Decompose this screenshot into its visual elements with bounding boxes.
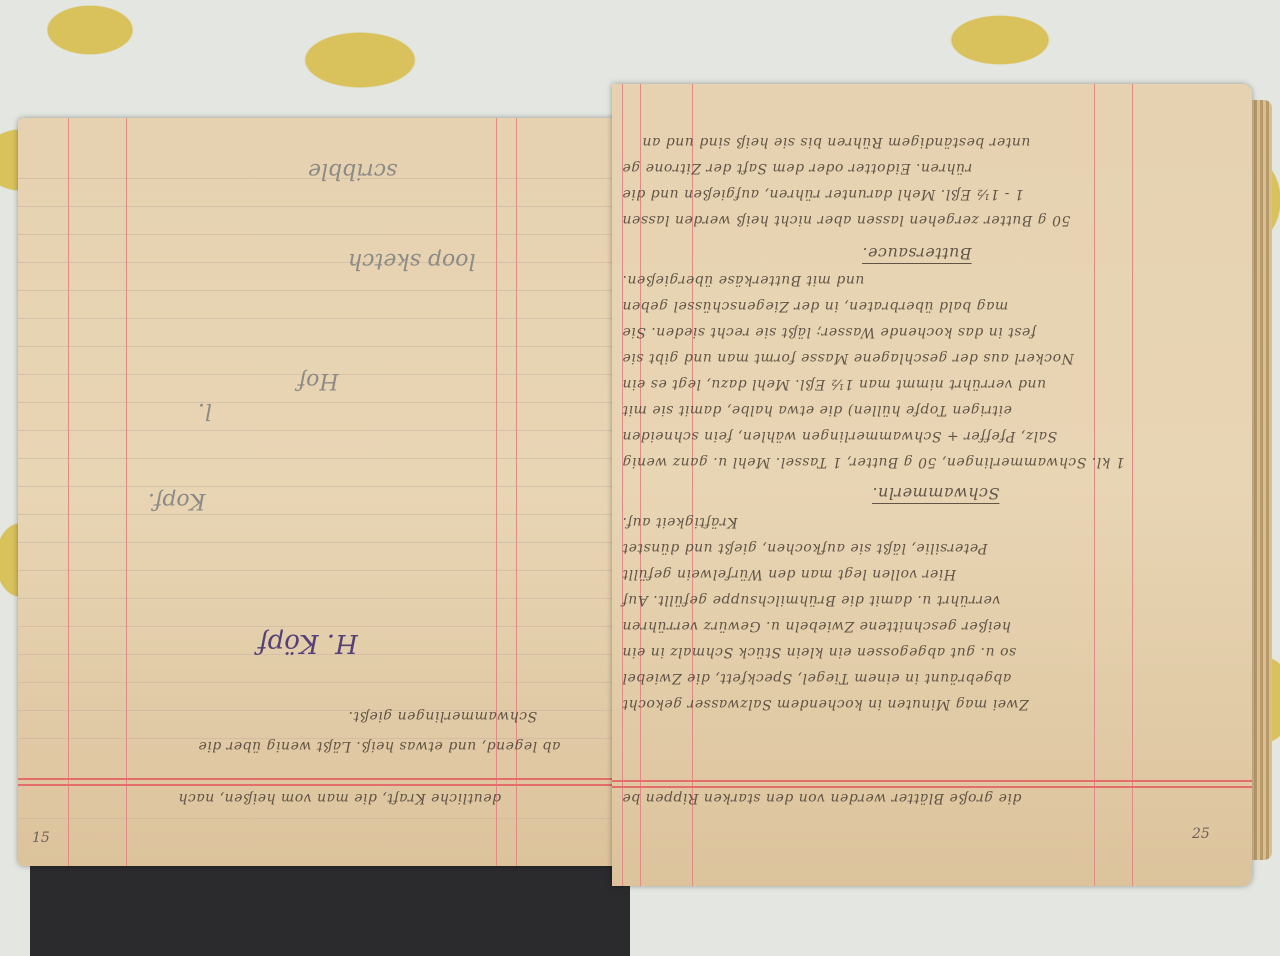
right-page: unter beständigem Rühren bis sie heiß si… [612,84,1252,886]
recipe-heading: Schwammerln. [872,484,999,503]
handwritten-line: Hier vollen legt man den Würfelwein gefü… [622,566,956,582]
pencil-word: Hof [298,368,339,393]
pencil-scribble: scribble [308,158,397,183]
handwritten-line: heißer geschnittene Zwiebeln u. Gewürz v… [622,618,1011,634]
handwritten-line: Nockerl aus der geschlagene Masse formt … [622,350,1074,366]
ink-signature: H. Köpf [258,628,358,658]
pencil-word: l. [198,398,212,423]
handwritten-line: ab legend, und etwas heiß. Läßt wenig üb… [198,738,560,754]
pencil-sketch: loop sketch [348,248,476,273]
handwritten-line: die große Blätter werden von den starken… [622,790,1021,806]
handwritten-line: abgebräunt in einem Tiegel, Speckfett, d… [622,670,1011,686]
handwritten-line: und verrührt nimmt man 1½ Eßl. Mehl dazu… [622,376,1046,392]
handwritten-line: 1 - 1½ Eßl. Mehl darunter rühren, aufgie… [622,186,1024,202]
handwritten-line: Petersilie, läßt sie aufkochen, gießt un… [622,540,987,556]
handwritten-line: deutliche Kraft, die man vom heißen, nac… [178,790,501,806]
handwritten-line: und mit Butterkäse übergießen. [622,272,864,288]
handwritten-line: Schwammerlingen gießt. [348,708,537,724]
dark-board [30,866,630,956]
handwritten-line: rühren. Eidotter oder dem Saft der Zitro… [622,160,972,176]
left-page: scribble loop sketch Hof l. Kopf. H. Köp… [18,118,616,866]
handwritten-line: 1 kl. Schwammerlingen, 50 g Butter, 1 Ta… [622,454,1125,470]
handwritten-line: eitrigen Topfe hüllen) die etwa halbe, d… [622,402,1012,418]
page-number: 25 [1192,826,1210,842]
handwritten-line: so u. gut abgegossen ein klein Stück Sch… [622,644,1016,660]
page-number: 15 [32,830,50,846]
handwritten-line: fest in das kochende Wasser; läßt sie re… [622,324,1036,340]
handwritten-line: Zwei mag Minuten in kochendem Salzwasser… [622,696,1029,712]
handwritten-line: verrührt u. damit die Brühmilchsuppe gef… [622,592,1000,608]
handwritten-line: Salz, Pfeffer + Schwammerlingen wählen, … [622,428,1057,444]
handwritten-line: 50 g Butter zergehen lassen aber nicht h… [622,212,1070,228]
pencil-word: Kopf. [148,488,206,513]
handwritten-line: mag bald überbraten, in der Ziegenschüss… [622,298,1008,314]
recipe-heading: Buttersauce. [862,244,972,263]
handwritten-line: Kräftigkeit auf. [622,514,738,530]
handwritten-line: unter beständigem Rühren bis sie heiß si… [642,134,1030,150]
